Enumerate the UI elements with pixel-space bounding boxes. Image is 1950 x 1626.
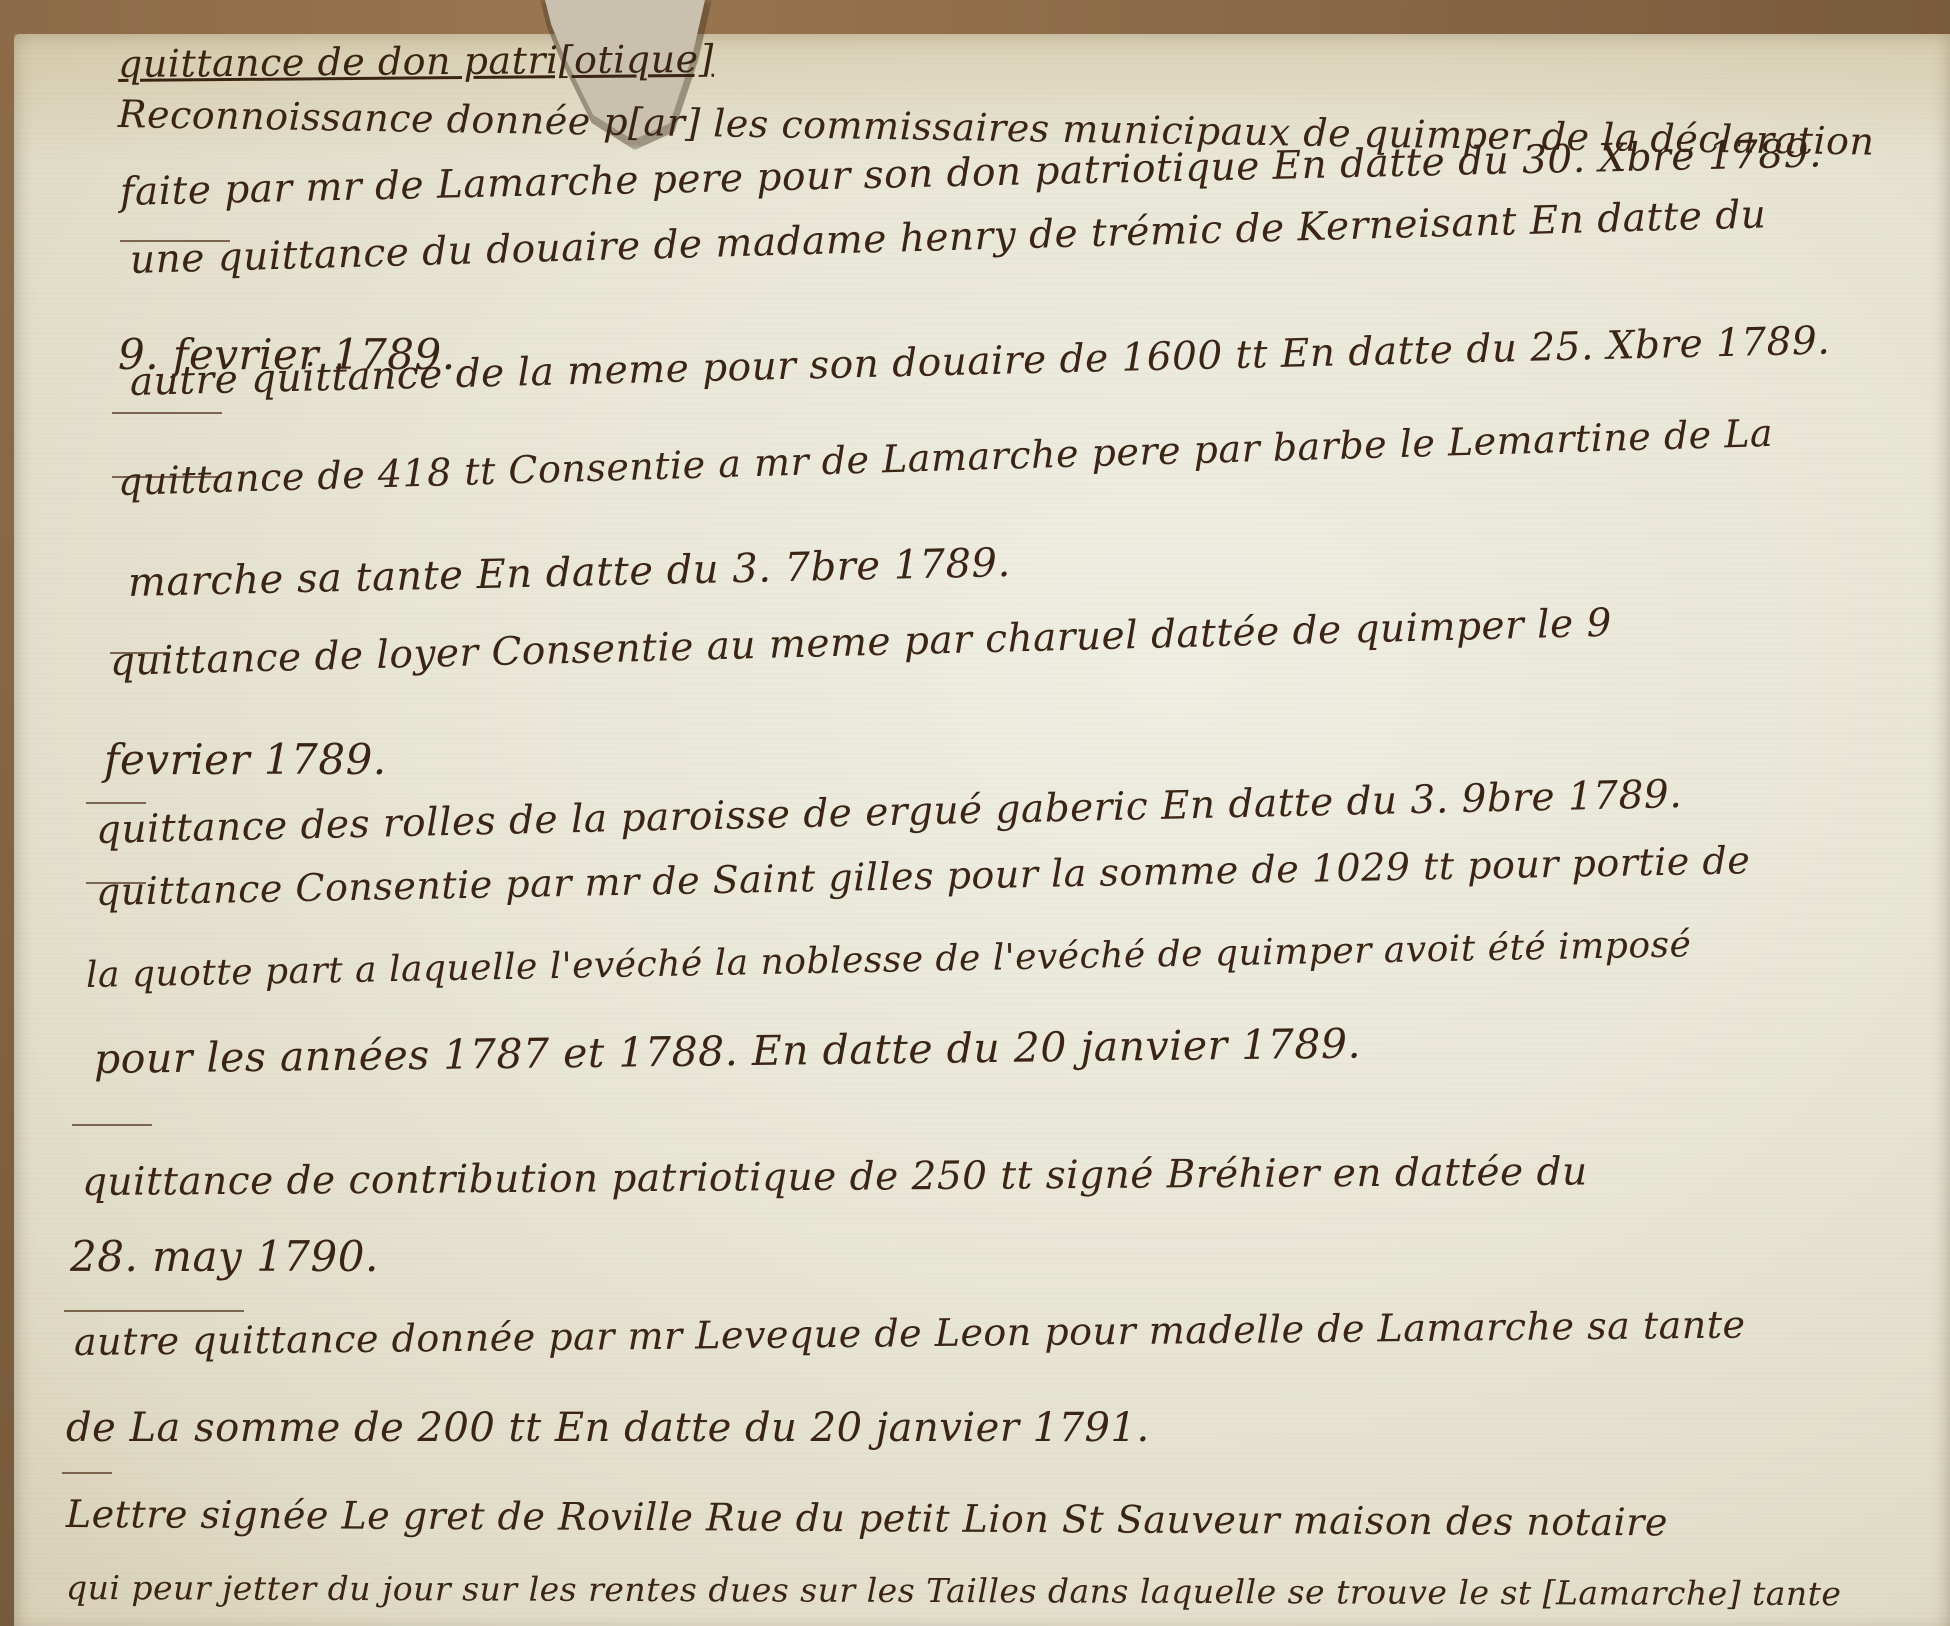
manuscript-line: quittance de don patri[otique] (118, 37, 714, 86)
entry-separator (86, 802, 146, 804)
entry-separator (112, 412, 222, 414)
manuscript-line: de La somme de 200 tt En datte du 20 jan… (66, 1405, 1150, 1451)
manuscript-line: fevrier 1789. (104, 735, 387, 784)
manuscript-line: Lettre signée Le gret de Roville Rue du … (66, 1492, 1668, 1544)
entry-separator (64, 1310, 244, 1312)
manuscript-line: qui peur jetter du jour sur les rentes d… (66, 1568, 1842, 1613)
manuscript-line: 28. may 1790. (70, 1232, 379, 1281)
entry-separator (62, 1472, 112, 1474)
entry-separator (72, 1124, 152, 1126)
